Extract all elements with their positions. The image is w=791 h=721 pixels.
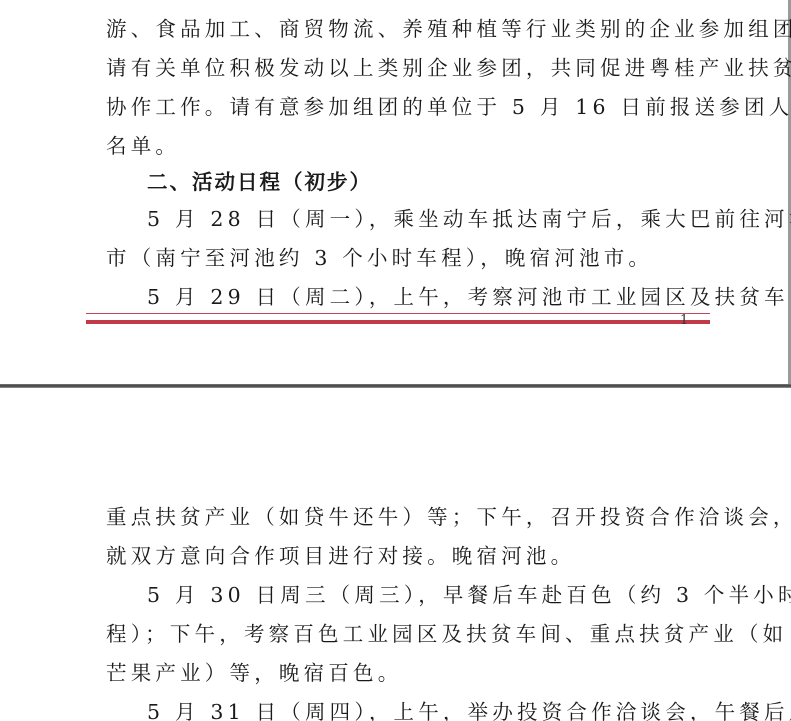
section-heading: 二、活动日程（初步） (147, 170, 372, 194)
paragraph-line: 就双方意向合作项目进行对接。晚宿河池。 (106, 544, 575, 568)
paragraph-line: 芒果产业）等，晚宿百色。 (106, 661, 402, 685)
paragraph-line: 5 月 28 日（周一），乘坐动车抵达南宁后，乘大巴前往河池 (147, 207, 791, 231)
paragraph-line: 重点扶贫产业（如贷牛还牛）等；下午，召开投资合作洽谈会， (106, 505, 791, 529)
footer-rule-thin (86, 313, 710, 314)
paragraph-line: 名单。 (106, 134, 180, 158)
footer-rule-thick (86, 320, 710, 324)
paragraph-line: 游、食品加工、商贸物流、养殖种植等行业类别的企业参加组团， (106, 17, 791, 41)
paragraph-line: 协作工作。请有意参加组团的单位于 5 月 16 日前报送参团人员 (106, 95, 791, 119)
paragraph-line: 5 月 31 日（周四），上午，举办投资合作洽谈会，午餐后从 (147, 700, 791, 721)
document-page-1: 游、食品加工、商贸物流、养殖种植等行业类别的企业参加组团， 请有关单位积极发动以… (0, 0, 791, 385)
paragraph-line: 请有关单位积极发动以上类别企业参团，共同促进粤桂产业扶贫 (106, 56, 791, 80)
paragraph-line: 市（南宁至河池约 3 个小时车程），晚宿河池市。 (106, 246, 653, 270)
paragraph-line: 5 月 30 日周三（周三），早餐后车赴百色（约 3 个半小时车 (147, 583, 791, 607)
page-number: 1 (680, 313, 688, 328)
paragraph-line: 程）；下午，考察百色工业园区及扶贫车间、重点扶贫产业（如 (106, 622, 787, 646)
paragraph-line: 5 月 29 日（周二），上午，考察河池市工业园区及扶贫车间、 (147, 285, 791, 309)
document-page-2: 重点扶贫产业（如贷牛还牛）等；下午，召开投资合作洽谈会， 就双方意向合作项目进行… (0, 388, 791, 721)
